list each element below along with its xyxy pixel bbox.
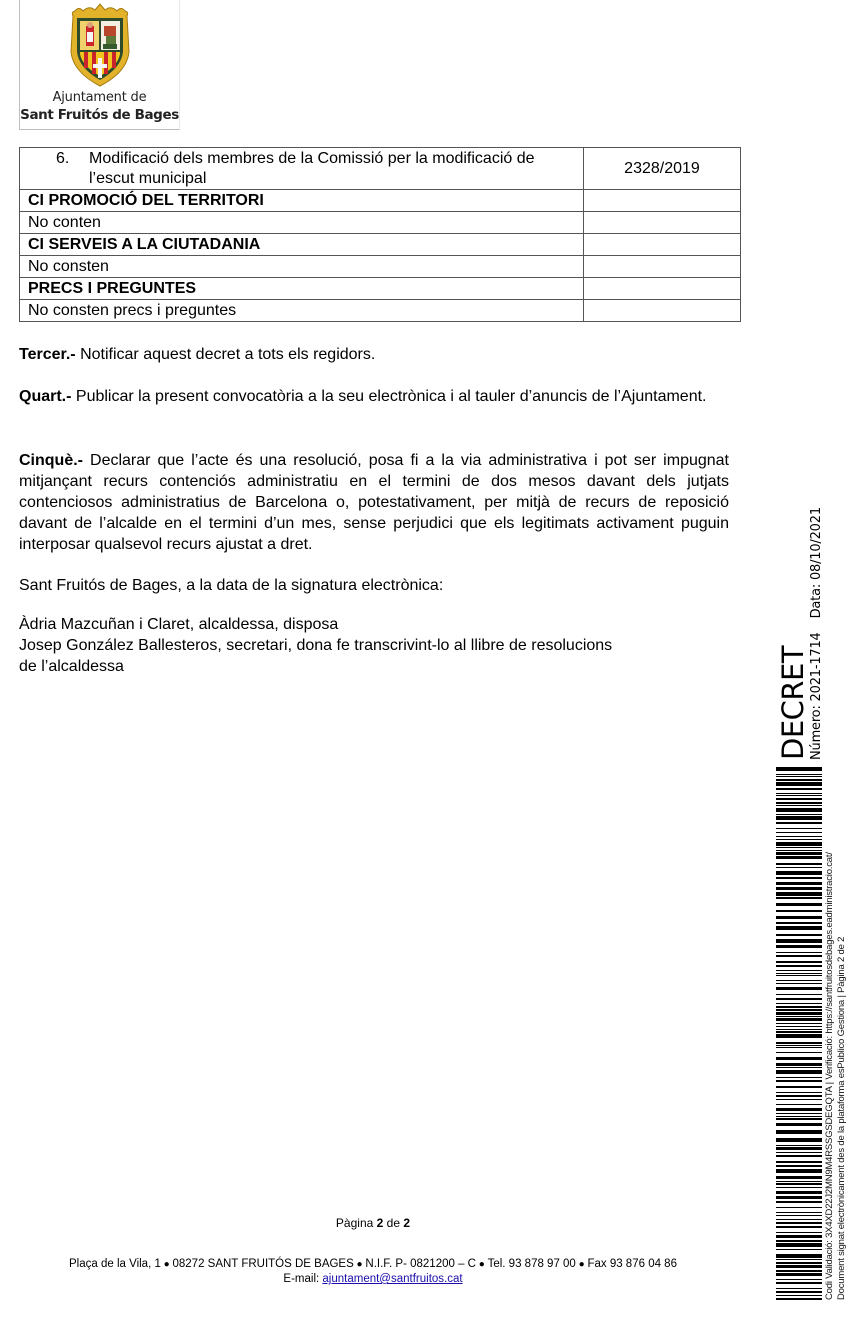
- paragraph-cinque: Cinquè.- Declarar que l’acte és una reso…: [19, 450, 729, 555]
- place-date: Sant Fruitós de Bages, a la data de la s…: [19, 575, 729, 596]
- stamp-date: Data: 08/10/2021: [809, 507, 824, 618]
- footer-address: Plaça de la Vila, 1 ● 08272 SANT FRUITÓS…: [0, 1257, 746, 1286]
- paragraph-text: Publicar la present convocatòria a la se…: [71, 388, 706, 405]
- row-text: No conten: [20, 212, 584, 234]
- stamp-title: DECRET: [776, 646, 810, 760]
- table-row: CI SERVEIS A LA CIUTADANIA: [20, 234, 741, 256]
- table-row: 6.Modificació dels membres de la Comissi…: [20, 148, 741, 190]
- reference-cell: [584, 234, 741, 256]
- page-number: Pàgina 2 de 2: [0, 1216, 746, 1230]
- table-row: No consten: [20, 256, 741, 278]
- paragraph-label: Quart.-: [19, 388, 71, 405]
- section-heading: CI SERVEIS A LA CIUTADANIA: [20, 234, 584, 256]
- logo-text-line1: Ajuntament de: [20, 90, 179, 105]
- item-number: 6.: [56, 149, 89, 189]
- reference-cell: [584, 278, 741, 300]
- reference-cell: [584, 300, 741, 322]
- row-text: 6.Modificació dels membres de la Comissi…: [20, 148, 584, 190]
- side-validation-stamp: DECRET Número: 2021-1714Data: 08/10/2021…: [776, 480, 850, 1300]
- stamp-validation-text: Codi Validació: 3X4XD22J2MN9M4RSSGSDEGQT…: [824, 852, 848, 1300]
- paragraph-text: Declarar que l’acte és una resolució, po…: [19, 452, 729, 553]
- email-link[interactable]: ajuntament@santfruitos.cat: [322, 1273, 462, 1285]
- logo-text-line2: Sant Fruitós de Bages: [20, 107, 179, 123]
- reference-cell: [584, 212, 741, 234]
- table-row: No conten: [20, 212, 741, 234]
- table-row: CI PROMOCIÓ DEL TERRITORI: [20, 190, 741, 212]
- paragraph-label: Cinquè.-: [19, 452, 83, 469]
- paragraph-tercer: Tercer.- Notificar aquest decret a tots …: [19, 344, 729, 365]
- validation-code: Codi Validació: 3X4XD22J2MN9M4RSSGSDEGQT…: [824, 852, 836, 1300]
- municipal-logo: Ajuntament de Sant Fruitós de Bages: [19, 0, 180, 130]
- reference-cell: 2328/2019: [584, 148, 741, 190]
- address-line: Plaça de la Vila, 1 ● 08272 SANT FRUITÓS…: [0, 1257, 746, 1272]
- email-line: E-mail: ajuntament@santfruitos.cat: [0, 1272, 746, 1286]
- reference-cell: [584, 190, 741, 212]
- paragraph-text: Notificar aquest decret a tots els regid…: [76, 346, 376, 363]
- signed-platform: Document signat electrònicament des de l…: [836, 852, 848, 1300]
- row-text: No consten: [20, 256, 584, 278]
- paragraph-label: Tercer.-: [19, 346, 76, 363]
- signature-mayor: Àdria Mazcuñan i Claret, alcaldessa, dis…: [19, 614, 729, 635]
- section-heading: PRECS I PREGUNTES: [20, 278, 584, 300]
- stamp-meta: Número: 2021-1714Data: 08/10/2021: [809, 507, 824, 760]
- table-row: PRECS I PREGUNTES: [20, 278, 741, 300]
- reference-cell: [584, 256, 741, 278]
- section-heading: CI PROMOCIÓ DEL TERRITORI: [20, 190, 584, 212]
- paragraph-quart: Quart.- Publicar la present convocatòria…: [19, 386, 729, 407]
- coat-of-arms-icon: [67, 2, 133, 88]
- signature-secretary: Josep González Ballesteros, secretari, d…: [19, 635, 619, 677]
- stamp-number: Número: 2021-1714: [809, 632, 824, 760]
- table-row: No consten precs i preguntes: [20, 300, 741, 322]
- agenda-table: 6.Modificació dels membres de la Comissi…: [19, 147, 741, 322]
- item-text: Modificació dels membres de la Comissió …: [89, 149, 575, 189]
- barcode-icon: [776, 765, 822, 1300]
- row-text: No consten precs i preguntes: [20, 300, 584, 322]
